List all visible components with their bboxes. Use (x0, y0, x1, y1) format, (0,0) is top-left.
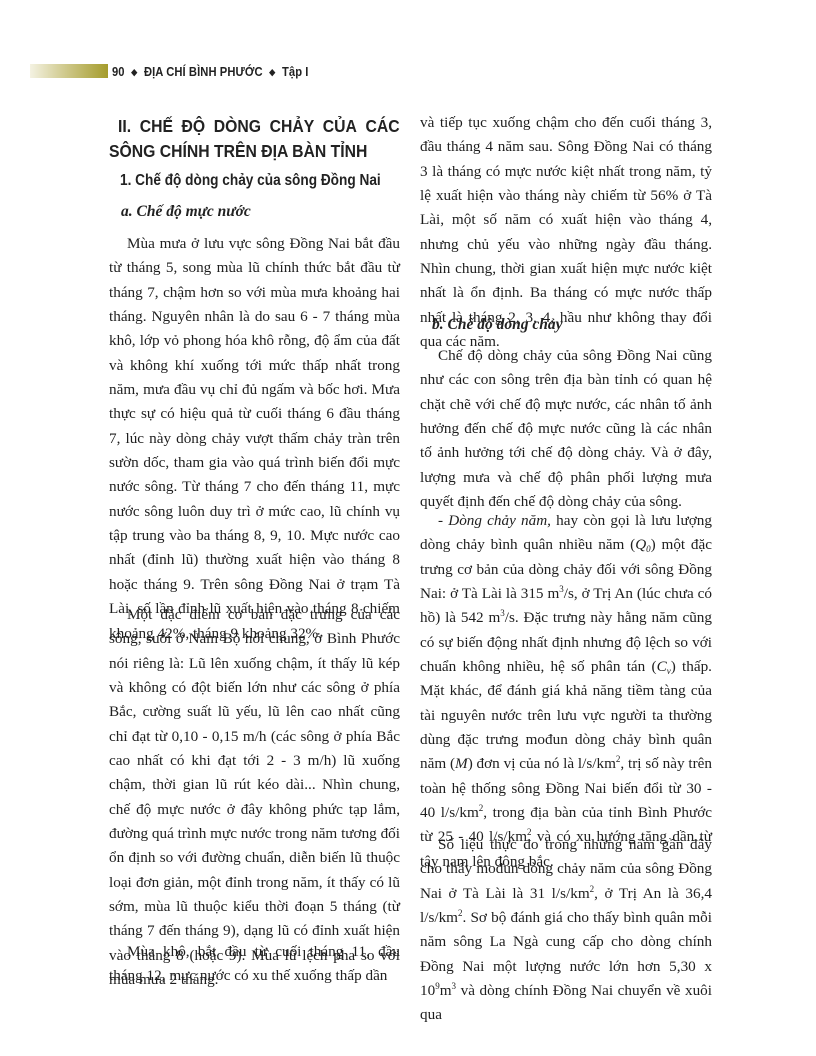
paragraph: Mùa khô, bắt đầu từ cuối tháng 11, đầu t… (109, 940, 400, 989)
header-text: 90 ◆ ĐỊA CHÍ BÌNH PHƯỚC ◆ Tập I (112, 64, 308, 79)
paragraph: Mùa mưa ở lưu vực sông Đồng Nai bắt đầu … (109, 232, 400, 646)
part-b-title: b. Chế độ dòng chảy (432, 316, 562, 334)
diamond-icon: ◆ (131, 67, 137, 77)
paragraph: Một đặc điểm cơ bản đặc trưng của các sô… (109, 603, 400, 993)
section-title: II. CHẾ ĐỘ DÒNG CHẢY CỦA CÁC SÔNG CHÍNH … (109, 114, 400, 164)
header-accent-bar (30, 64, 108, 78)
book-title: ĐỊA CHÍ BÌNH PHƯỚC (144, 64, 263, 79)
paragraph: Chế độ dòng chảy của sông Đồng Nai cũng … (420, 344, 712, 514)
section-title-line-1: II. CHẾ ĐỘ DÒNG CHẢY CỦA CÁC (109, 114, 400, 139)
volume-label: Tập I (282, 64, 309, 79)
term-annual-flow: - Dòng chảy năm, (438, 512, 551, 529)
running-header: 90 ◆ ĐỊA CHÍ BÌNH PHƯỚC ◆ Tập I (30, 62, 340, 80)
paragraph: Số liệu thực đo trong những năm gần đây … (420, 833, 712, 1028)
subsection-title: 1. Chế độ dòng chảy của sông Đồng Nai (120, 172, 381, 190)
section-title-line-2: SÔNG CHÍNH TRÊN ĐỊA BÀN TỈNH (109, 139, 400, 164)
page-number: 90 (112, 64, 125, 79)
part-a-title: a. Chế độ mực nước (121, 203, 251, 221)
paragraph: - Dòng chảy năm, hay còn gọi là lưu lượn… (420, 509, 712, 874)
diamond-icon: ◆ (269, 67, 275, 77)
